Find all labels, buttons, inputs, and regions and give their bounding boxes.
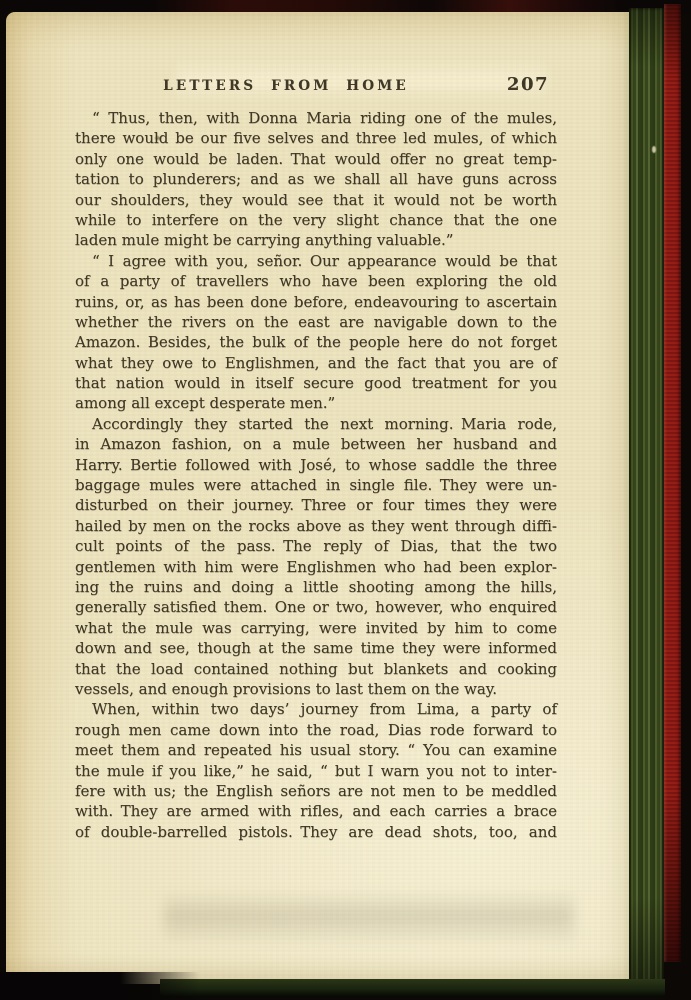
text-line: Amazon. Besides, the bulk of the people …: [75, 332, 557, 352]
text-line: of a party of travellers who have been e…: [75, 271, 557, 291]
text-line: cult points of the pass. The reply of Di…: [75, 536, 557, 556]
paragraph: “ Thus, then, with Donna Maria riding on…: [75, 108, 557, 251]
text-line: while to interfere on the very slight ch…: [75, 210, 557, 230]
text-block: “ Thus, then, with Donna Maria riding on…: [75, 108, 557, 842]
paragraph: When, within two days’ journey from Lima…: [75, 699, 557, 842]
text-line: Harry. Bertie followed with José, to who…: [75, 455, 557, 475]
running-title: LETTERS FROM HOME: [75, 78, 497, 94]
text-line: tation to plunderers; and as we shall al…: [75, 169, 557, 189]
text-line: generally satisfied them. One or two, ho…: [75, 597, 557, 617]
text-line: there would be our five selves and three…: [75, 128, 557, 148]
text-line: only one would be laden. That would offe…: [75, 149, 557, 169]
text-line: down and see, though at the same time th…: [75, 638, 557, 658]
text-line: the mule if you like,” he said, “ but I …: [75, 761, 557, 781]
text-line: that the load contained nothing but blan…: [75, 659, 557, 679]
text-line: When, within two days’ journey from Lima…: [75, 699, 557, 719]
text-line: laden mule might be carrying anything va…: [75, 230, 557, 250]
page-fore-edge-green: [629, 8, 664, 996]
text-line: fere with us; the English señors are not…: [75, 781, 557, 801]
text-line: rough men came down into the road, Dias …: [75, 720, 557, 740]
text-line: hailed by men on the rocks above as they…: [75, 516, 557, 536]
text-line: that nation would in itself secure good …: [75, 373, 557, 393]
text-line: disturbed on their journey. Three or fou…: [75, 495, 557, 515]
running-header: LETTERS FROM HOME 207: [75, 74, 557, 98]
book-page: LETTERS FROM HOME 207 “ Thus, then, with…: [6, 12, 632, 984]
text-line: in Amazon fashion, on a mule between her…: [75, 434, 557, 454]
text-line: what the mule was carrying, were invited…: [75, 618, 557, 638]
text-line: “ Thus, then, with Donna Maria riding on…: [75, 108, 557, 128]
text-line: what they owe to Englishmen, and the fac…: [75, 353, 557, 373]
bottom-left-shadow: [0, 972, 200, 1000]
page-bottom-edge: [160, 979, 665, 997]
text-line: meet them and repeated his usual story. …: [75, 740, 557, 760]
scanned-book-photo: LETTERS FROM HOME 207 “ Thus, then, with…: [0, 0, 691, 1000]
scan-blur-artifact: [164, 892, 574, 944]
text-line: with. They are armed with rifles, and ea…: [75, 801, 557, 821]
text-line: gentlemen with him were Englishmen who h…: [75, 557, 557, 577]
book-cover-red-edge: [664, 4, 681, 962]
text-line: Accordingly they started the next mornin…: [75, 414, 557, 434]
text-line: whether the rivers on the east are navig…: [75, 312, 557, 332]
paragraph: “ I agree with you, señor. Our appearanc…: [75, 251, 557, 414]
text-line: ruins, or, as has been done before, ende…: [75, 292, 557, 312]
paragraph: Accordingly they started the next mornin…: [75, 414, 557, 699]
text-line: of double-barrelled pistols. They are de…: [75, 822, 557, 842]
fore-edge-nick: [652, 146, 656, 153]
text-line: baggage mules were attached in single fi…: [75, 475, 557, 495]
text-line: our shoulders, they would see that it wo…: [75, 190, 557, 210]
text-line: among all except desperate men.”: [75, 393, 557, 413]
page-number: 207: [507, 74, 549, 95]
text-line: ing the ruins and doing a little shootin…: [75, 577, 557, 597]
text-line: vessels, and enough provisions to last t…: [75, 679, 557, 699]
text-line: “ I agree with you, señor. Our appearanc…: [75, 251, 557, 271]
